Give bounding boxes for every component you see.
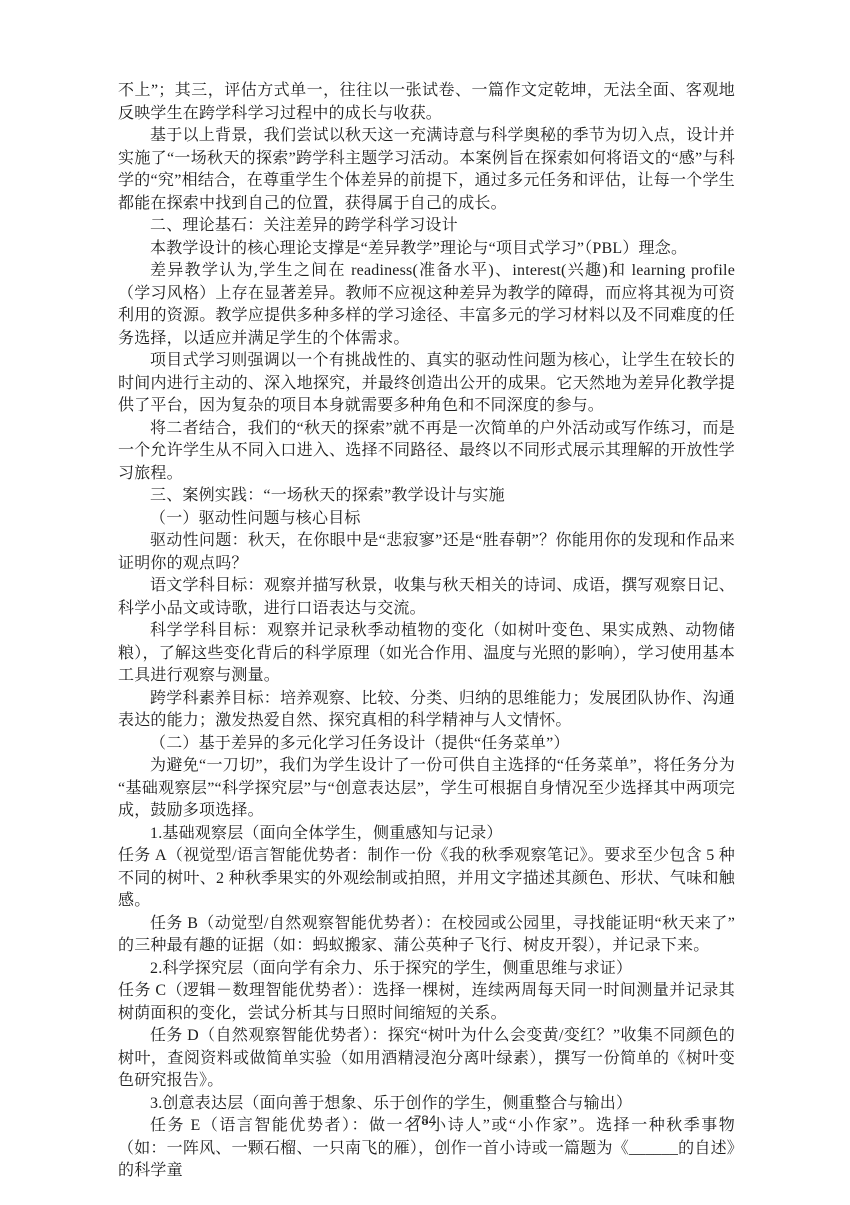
document-body: 不上”；其三，评估方式单一，往往以一张试卷、一篇作文定乾坤，无法全面、客观地反映… [118,80,735,1183]
paragraph: 3.创意表达层（面向善于想象、乐于创作的学生，侧重整合与输出） [118,1093,735,1116]
paragraph: 将二者结合，我们的“秋天的探索”就不再是一次简单的户外活动或写作练习，而是一个允… [118,418,735,486]
paragraph: 任务 B（动觉型/自然观察智能优势者）：在校园或公园里，寻找能证明“秋天来了”的… [118,913,735,958]
paragraph: 差异教学认为,学生之间在 readiness(准备水平)、interest(兴趣… [118,260,735,350]
paragraph: 项目式学习则强调以一个有挑战性的、真实的驱动性问题为核心，让学生在较长的时间内进… [118,350,735,418]
paragraph: （二）基于差异的多元化学习任务设计（提供“任务菜单”） [118,733,735,756]
paragraph: 任务 A（视觉型/语言智能优势者：制作一份《我的秋季观察笔记》。要求至少包含 5… [118,845,735,913]
paragraph: 语文学科目标：观察并描写秋景，收集与秋天相关的诗词、成语，撰写观察日记、科学小品… [118,575,735,620]
page-number: 784 [0,1113,850,1128]
paragraph: （一）驱动性问题与核心目标 [118,508,735,531]
paragraph: 2.科学探究层（面向学有余力、乐于探究的学生，侧重思维与求证） [118,958,735,981]
paragraph: 1.基础观察层（面向全体学生，侧重感知与记录） [118,823,735,846]
paragraph: 科学学科目标：观察并记录秋季动植物的变化（如树叶变色、果实成熟、动物储粮），了解… [118,620,735,688]
paragraph: 本教学设计的核心理论支撑是“差异教学”理论与“项目式学习”（PBL）理念。 [118,238,735,261]
paragraph: 任务 C（逻辑－数理智能优势者）：选择一棵树，连续两周每天同一时间测量并记录其树… [118,980,735,1025]
paragraph: 跨学科素养目标：培养观察、比较、分类、归纳的思维能力；发展团队协作、沟通表达的能… [118,688,735,733]
paragraph: 驱动性问题：秋天，在你眼中是“悲寂寥”还是“胜春朝”？你能用你的发现和作品来证明… [118,530,735,575]
paragraph: 三、案例实践：“一场秋天的探索”教学设计与实施 [118,485,735,508]
document-page: 不上”；其三，评估方式单一，往往以一张试卷、一篇作文定乾坤，无法全面、客观地反映… [0,0,850,1205]
paragraph: 为避免“一刀切”，我们为学生设计了一份可供自主选择的“任务菜单”，将任务分为“基… [118,755,735,823]
paragraph: 二、理论基石：关注差异的跨学科学习设计 [118,215,735,238]
paragraph: 任务 D（自然观察智能优势者）：探究“树叶为什么会变黄/变红？”收集不同颜色的树… [118,1025,735,1093]
paragraph: 基于以上背景，我们尝试以秋天这一充满诗意与科学奥秘的季节为切入点，设计并实施了“… [118,125,735,215]
paragraph: 不上”；其三，评估方式单一，往往以一张试卷、一篇作文定乾坤，无法全面、客观地反映… [118,80,735,125]
